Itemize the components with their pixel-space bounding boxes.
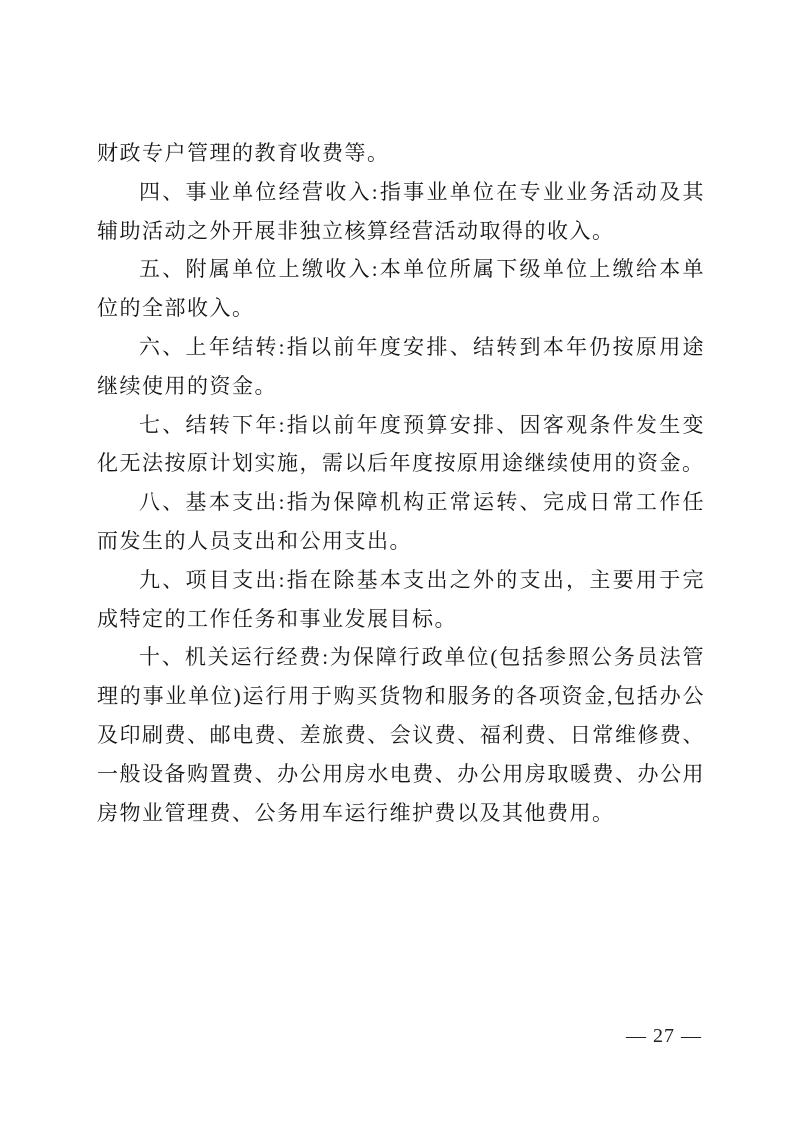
paragraph-item-9: 九、项目支出:指在除基本支出之外的支出，主要用于完成特定的工作任务和事业发展目标… <box>97 561 705 639</box>
paragraph-item-5: 五、附属单位上缴收入:本单位所属下级单位上缴给本单位的全部收入。 <box>97 250 705 328</box>
paragraph-item-8: 八、基本支出:指为保障机构正常运转、完成日常工作任而发生的人员支出和公用支出。 <box>97 483 705 561</box>
page-number: — 27 — <box>598 1025 730 1048</box>
paragraph-item-7: 七、结转下年:指以前年度预算安排、因客观条件发生变化无法按原计划实施，需以后年度… <box>97 406 705 484</box>
paragraph-item-10: 十、机关运行经费:为保障行政单位(包括参照公务员法管理的事业单位)运行用于购买货… <box>97 638 705 832</box>
paragraph-continuation: 财政专户管理的教育收费等。 <box>97 134 705 173</box>
paragraph-item-6: 六、上年结转:指以前年度安排、结转到本年仍按原用途继续使用的资金。 <box>97 328 705 406</box>
document-body: 财政专户管理的教育收费等。 四、事业单位经营收入:指事业单位在专业业务活动及其辅… <box>97 134 705 832</box>
document-page: 财政专户管理的教育收费等。 四、事业单位经营收入:指事业单位在专业业务活动及其辅… <box>0 0 793 1122</box>
paragraph-item-4: 四、事业单位经营收入:指事业单位在专业业务活动及其辅助活动之外开展非独立核算经营… <box>97 173 705 251</box>
